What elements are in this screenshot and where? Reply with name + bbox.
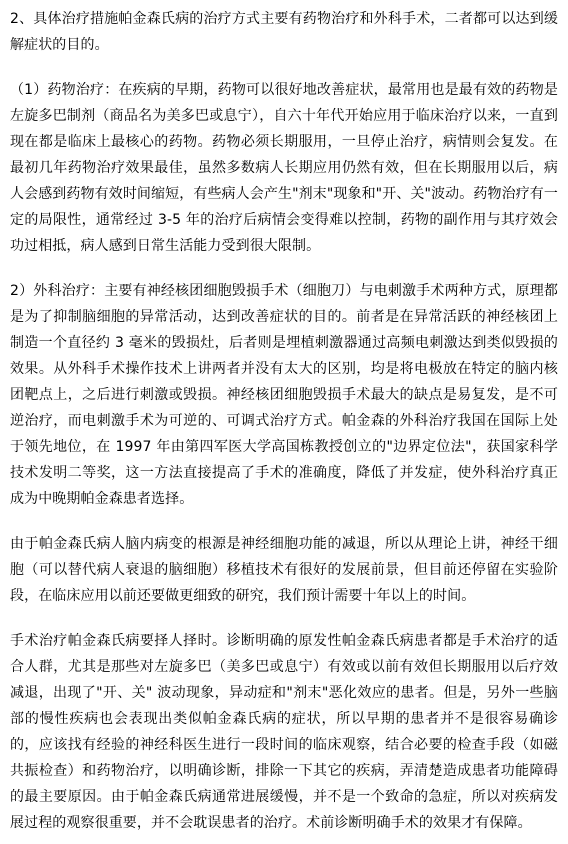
paragraph-patient-selection: 手术治疗帕金森氏病要择人择时。诊断明确的原发性帕金森氏病患者都是手术治疗的适合人… <box>10 628 558 836</box>
paragraph-drug-therapy: （1）药物治疗：在疾病的早期，药物可以很好地改善症状，最常用也是最有效的药物是左… <box>10 77 558 259</box>
document-page: 2、具体治疗措施帕金森氏病的治疗方式主要有药物治疗和外科手术，二者都可以达到缓解… <box>0 0 568 844</box>
paragraph-surgical-therapy: 2）外科治疗：主要有神经核团细胞毁损手术（细胞刀）与电刺激手术两种方式，原理都是… <box>10 278 558 512</box>
paragraph-intro: 2、具体治疗措施帕金森氏病的治疗方式主要有药物治疗和外科手术，二者都可以达到缓解… <box>10 6 558 58</box>
paragraph-stem-cell-outlook: 由于帕金森氏病人脑内病变的根源是神经细胞功能的减退，所以从理论上讲，神经干细胞（… <box>10 531 558 609</box>
